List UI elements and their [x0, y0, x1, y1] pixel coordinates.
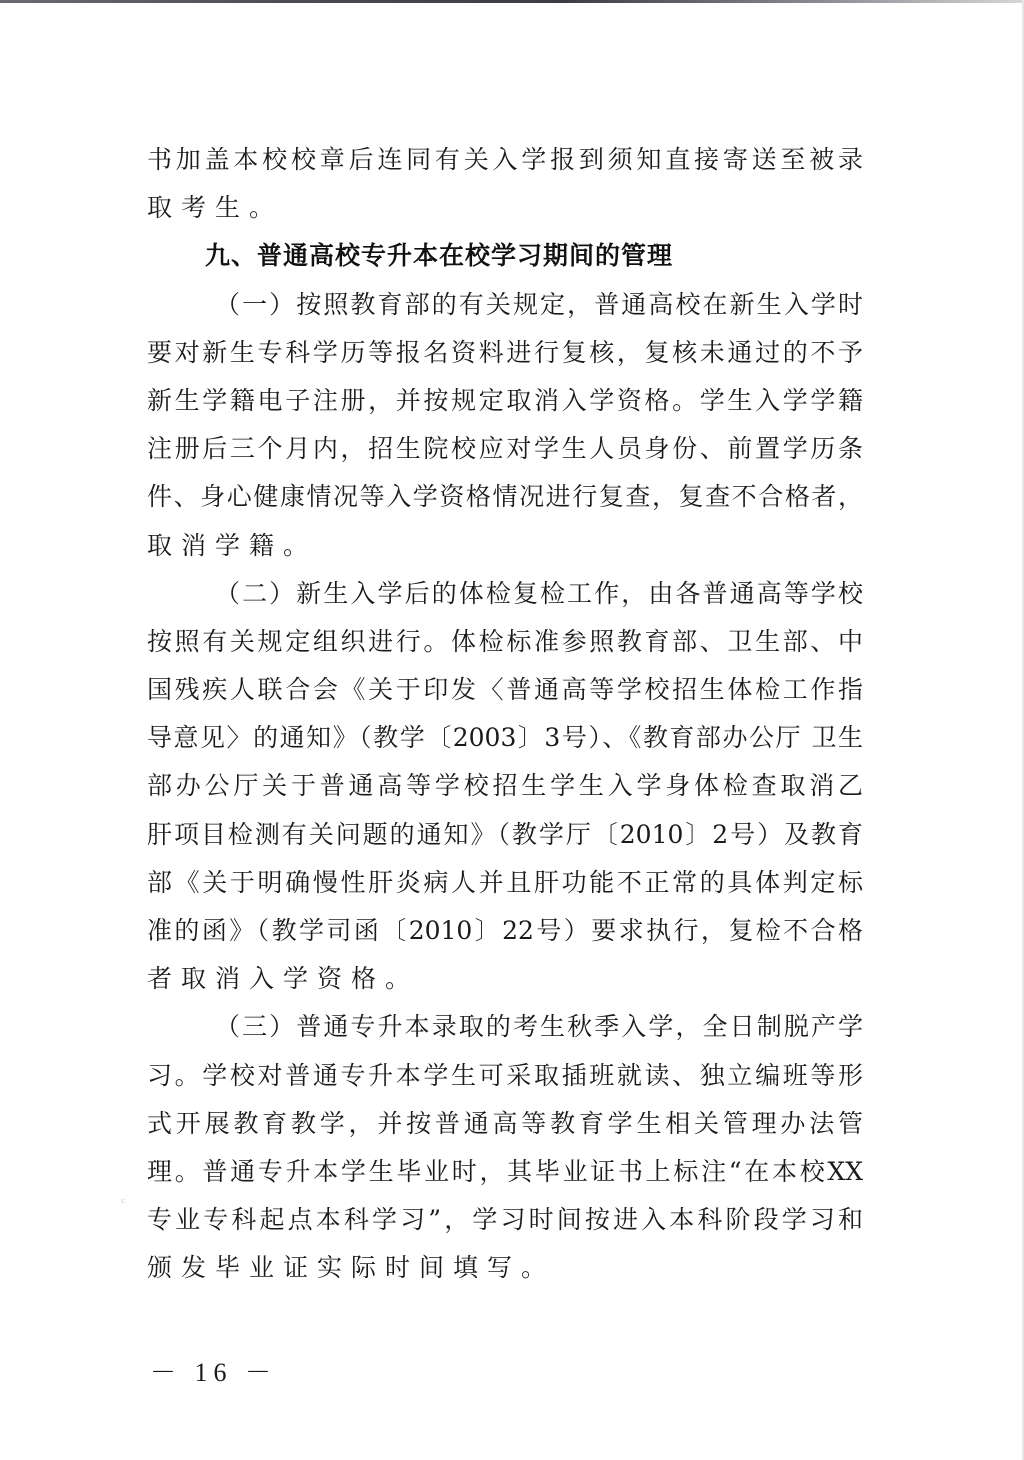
text-line: 要对新生专科学历等报名资料进行复核，复核未通过的不予: [147, 329, 863, 377]
document-page: 书加盖本校校章后连同有关入学报到须知直接寄送至被录 取考生。 九、普通高校专升本…: [147, 136, 863, 1293]
text-line: 者取消入学资格。: [147, 955, 863, 1003]
section-heading: 九、普通高校专升本在校学习期间的管理: [147, 232, 863, 280]
paragraph-item-1: （一）按照教育部的有关规定，普通高校在新生入学时 要对新生专科学历等报名资料进行…: [147, 281, 863, 570]
text-line: 取消学籍。: [147, 522, 863, 570]
text-line: 习。学校对普通专升本学生可采取插班就读、独立编班等形: [147, 1052, 863, 1100]
text-line: 新生学籍电子注册，并按规定取消入学资格。学生入学学籍: [147, 377, 863, 425]
text-line: 导意见〉的通知》（教学〔2003〕3号）、《教育部办公厅 卫生: [147, 714, 863, 762]
text-line: 肝项目检测有关问题的通知》（教学厅〔2010〕2号）及教育: [147, 811, 863, 859]
text-line: 专业专科起点本科学习”，学习时间按进入本科阶段学习和: [147, 1196, 863, 1244]
text-line: （一）按照教育部的有关规定，普通高校在新生入学时: [147, 281, 863, 329]
text-line: （二）新生入学后的体检复检工作，由各普通高等学校: [147, 570, 863, 618]
scan-top-edge: [0, 0, 1024, 3]
paragraph-continuation: 书加盖本校校章后连同有关入学报到须知直接寄送至被录 取考生。: [147, 136, 863, 232]
text-line: 取考生。: [147, 184, 863, 232]
text-line: （三）普通专升本录取的考生秋季入学，全日制脱产学: [147, 1003, 863, 1051]
text-line: 注册后三个月内，招生院校应对学生人员身份、前置学历条: [147, 425, 863, 473]
text-line: 按照有关规定组织进行。体检标准参照教育部、卫生部、中: [147, 618, 863, 666]
scan-artifact: ı:: [121, 1196, 125, 1205]
text-line: 部办公厅关于普通高等学校招生学生入学身体检查取消乙: [147, 762, 863, 810]
text-line: 式开展教育教学，并按普通高等教育学生相关管理办法管: [147, 1100, 863, 1148]
paragraph-item-3: （三）普通专升本录取的考生秋季入学，全日制脱产学 习。学校对普通专升本学生可采取…: [147, 1003, 863, 1292]
text-line: 准的函》（教学司函〔2010〕22号）要求执行，复检不合格: [147, 907, 863, 955]
text-line: 书加盖本校校章后连同有关入学报到须知直接寄送至被录: [147, 136, 863, 184]
text-line: 件、身心健康情况等入学资格情况进行复查，复查不合格者，: [147, 473, 863, 521]
text-line: 国残疾人联合会《关于印发〈普通高等学校招生体检工作指: [147, 666, 863, 714]
paragraph-item-2: （二）新生入学后的体检复检工作，由各普通高等学校 按照有关规定组织进行。体检标准…: [147, 570, 863, 1004]
text-line: 颁发毕业证实际时间填写。: [147, 1244, 863, 1292]
page-number: － 16 －: [150, 1352, 277, 1389]
text-line: 部《关于明确慢性肝炎病人并且肝功能不正常的具体判定标: [147, 859, 863, 907]
text-line: 理。普通专升本学生毕业时，其毕业证书上标注“在本校XX: [147, 1148, 863, 1196]
